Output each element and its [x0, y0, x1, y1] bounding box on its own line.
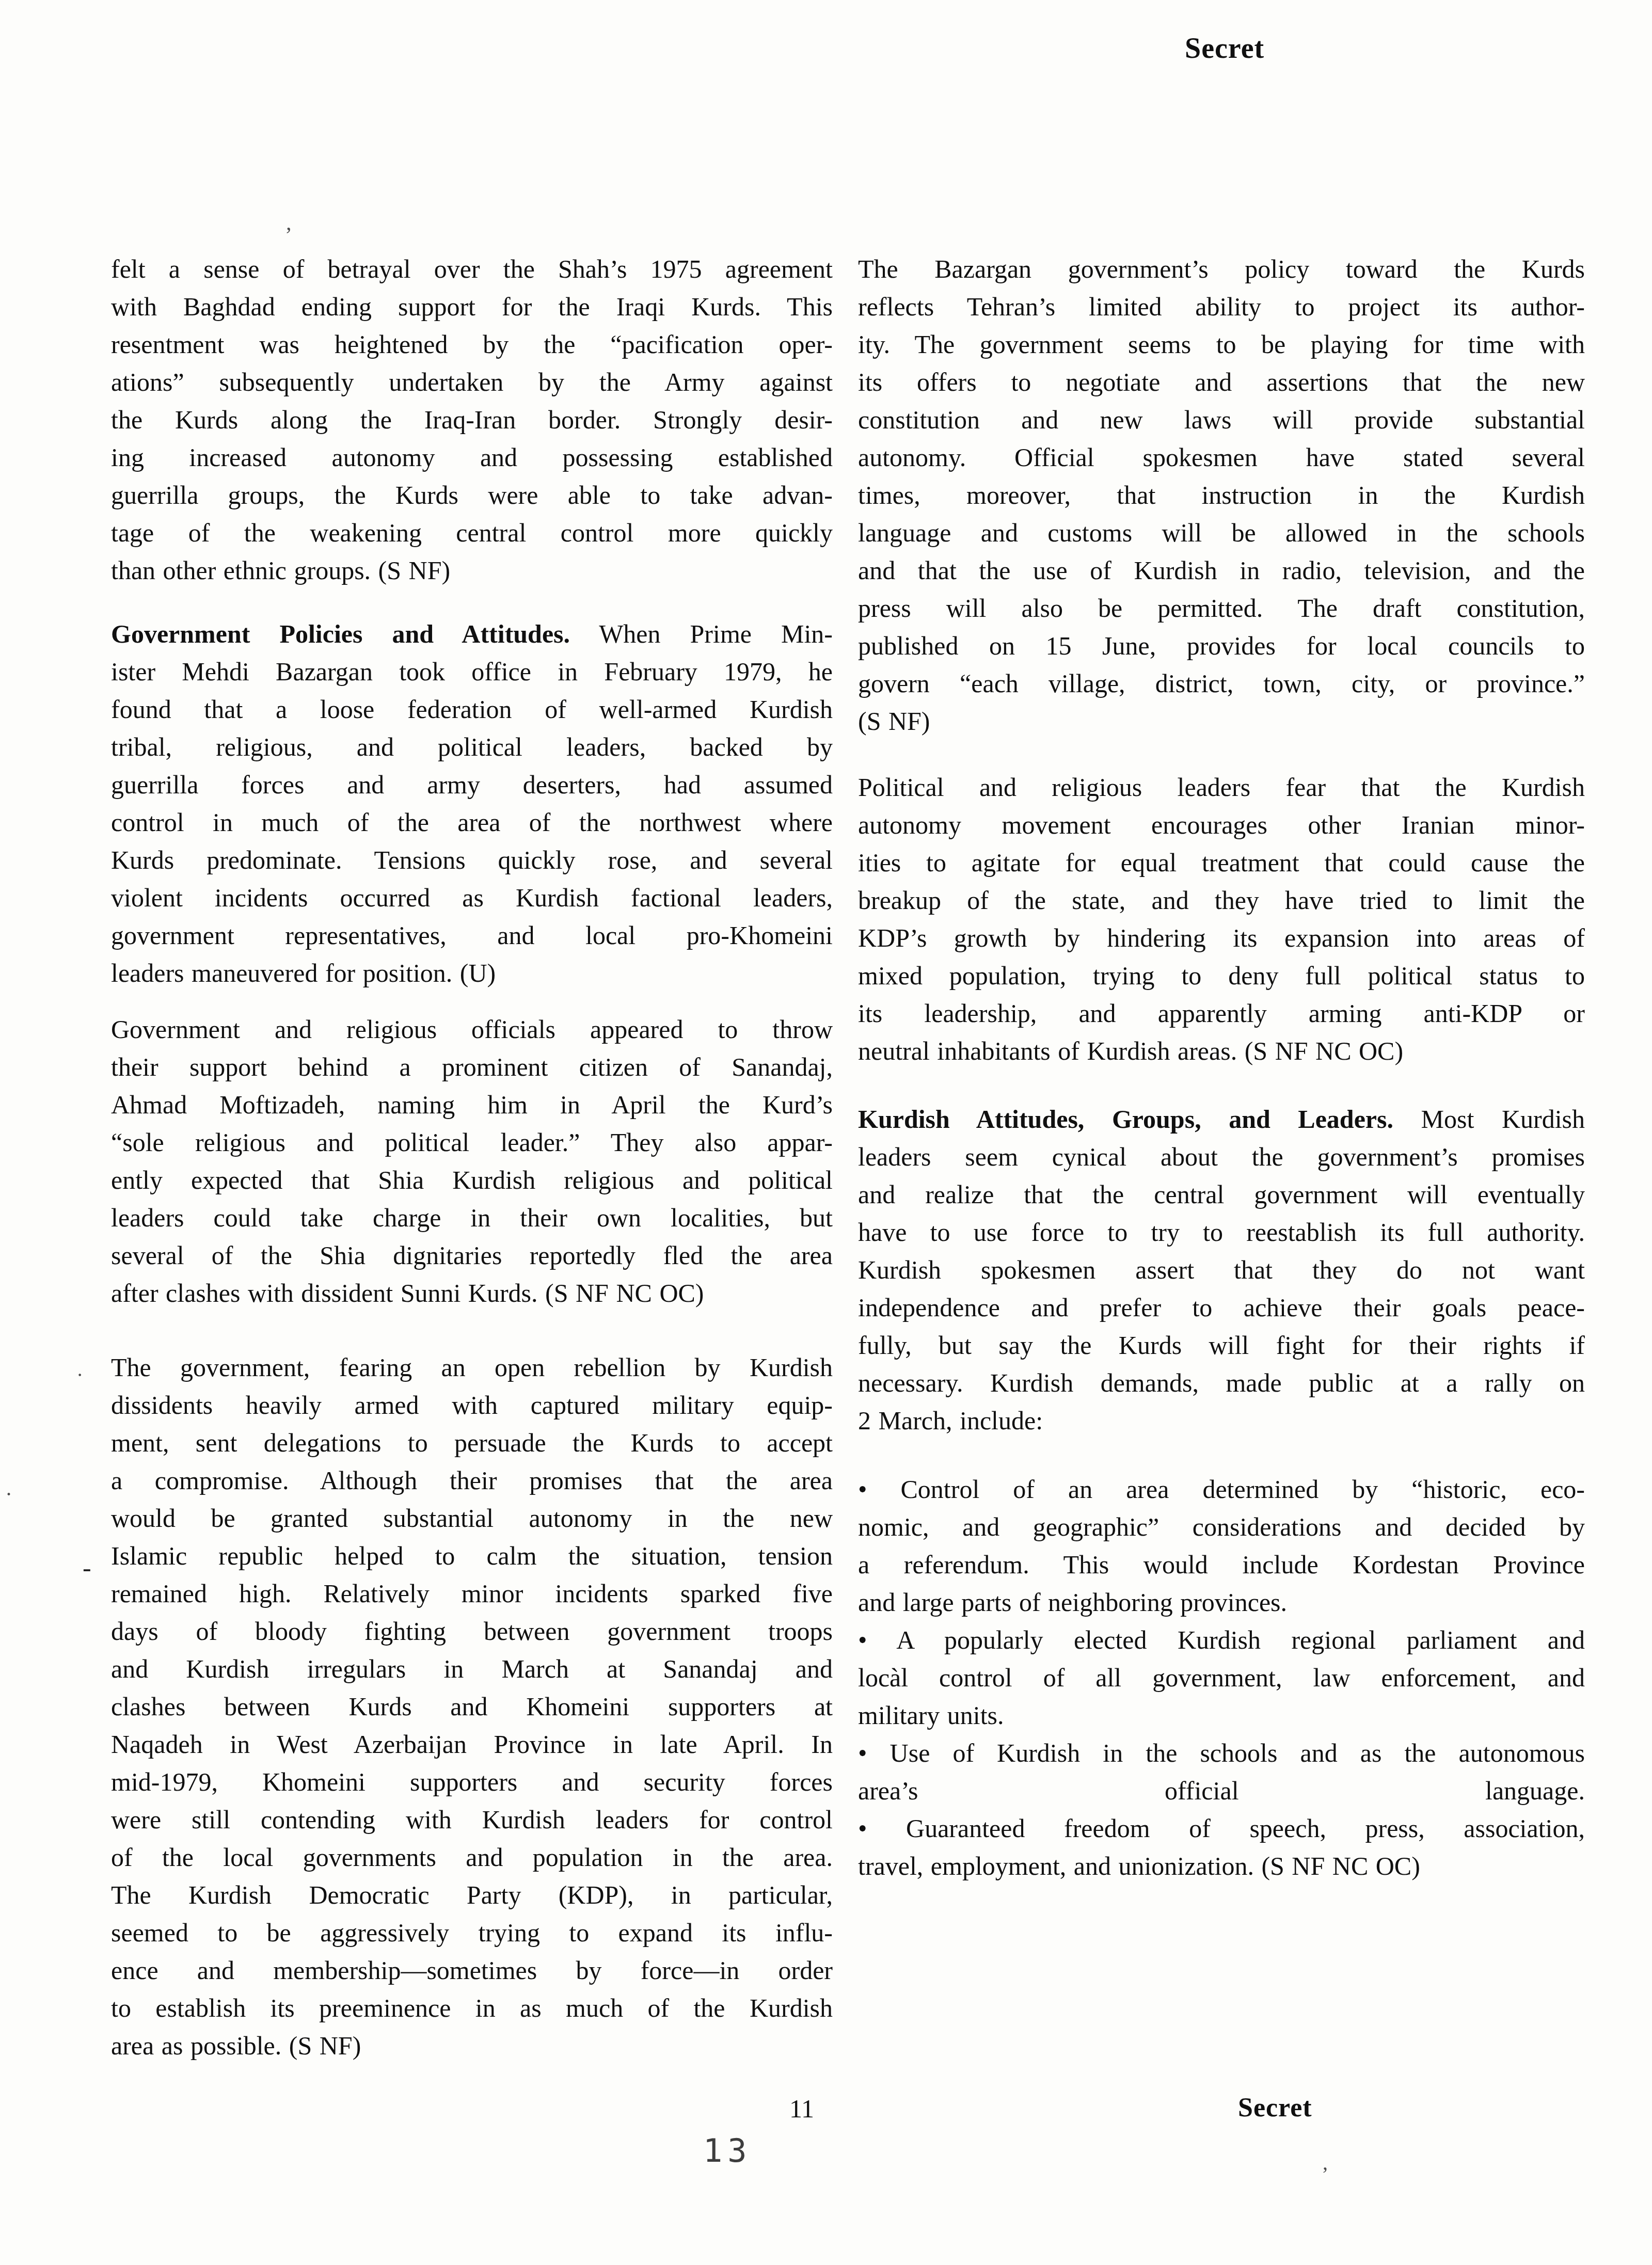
paragraph-run-in-heading: Kurdish Attitudes, Groups, and Leaders. — [858, 1105, 1393, 1134]
text-line: neutral inhabitants of Kurdish areas. (S… — [858, 1032, 1585, 1070]
text-line: the Kurds along the Iraq-Iran border. St… — [111, 401, 833, 439]
text-line: autonomy movement encourages other Irani… — [858, 806, 1585, 844]
text-line: guerrilla groups, the Kurds were able to… — [111, 476, 833, 514]
text-line: resentment was heightened by the “pacifi… — [111, 326, 833, 363]
text-line: mid-1979, Khomeini supporters and securi… — [111, 1763, 833, 1801]
text-line: tribal, religious, and political leaders… — [111, 728, 833, 766]
text-line: area as possible. (S NF) — [111, 2027, 833, 2065]
scan-artifact-speck: ’ — [1322, 2162, 1328, 2186]
text-line: govern “each village, district, town, ci… — [858, 665, 1585, 703]
text-line: autonomy. Official spokesmen have stated… — [858, 439, 1585, 476]
paragraph: Government and religious officials appea… — [111, 1011, 833, 1312]
text-line: press will also be permitted. The draft … — [858, 589, 1585, 627]
text-line: after clashes with dissident Sunni Kurds… — [111, 1274, 833, 1312]
text-line: dissidents heavily armed with captured m… — [111, 1386, 833, 1424]
text-line: fully, but say the Kurds will fight for … — [858, 1327, 1585, 1364]
text-line: found that a loose federation of well-ar… — [111, 691, 833, 728]
text-line: ing increased autonomy and possessing es… — [111, 439, 833, 476]
text-line: • Control of an area determined by “hist… — [858, 1471, 1585, 1508]
text-line: Government Policies and Attitudes. When … — [111, 615, 833, 653]
text-line: area’s official language. — [858, 1772, 1585, 1810]
text-line: Ahmad Moftizadeh, naming him in April th… — [111, 1086, 833, 1124]
text-line: (S NF) — [858, 703, 1585, 740]
text-line: reflects Tehran’s limited ability to pro… — [858, 288, 1585, 326]
header-classification-marking: Secret — [1185, 32, 1264, 65]
text-line: have to use force to try to reestablish … — [858, 1214, 1585, 1251]
text-line: ister Mehdi Bazargan took office in Febr… — [111, 653, 833, 691]
paragraph: felt a sense of betrayal over the Shah’s… — [111, 250, 833, 589]
footer-page-number: 11 — [779, 2094, 825, 2124]
text-line: published on 15 June, provides for local… — [858, 627, 1585, 665]
text-line: KDP’s growth by hindering its expansion … — [858, 919, 1585, 957]
text-line: necessary. Kurdish demands, made public … — [858, 1364, 1585, 1402]
text-line: ment, sent delegations to persuade the K… — [111, 1424, 833, 1462]
text-line: clashes between Kurds and Khomeini suppo… — [111, 1688, 833, 1726]
text-line: 2 March, include: — [858, 1402, 1585, 1440]
text-line: of the local governments and population … — [111, 1839, 833, 1876]
right-text-column: The Bazargan government’s policy toward … — [858, 250, 1585, 1885]
text-line: Naqadeh in West Azerbaijan Province in l… — [111, 1726, 833, 1763]
text-line: its leadership, and apparently arming an… — [858, 995, 1585, 1032]
text-line: its offers to negotiate and assertions t… — [858, 363, 1585, 401]
text-line: to establish its preeminence in as much … — [111, 1989, 833, 2027]
text-line: times, moreover, that instruction in the… — [858, 476, 1585, 514]
text-line: tage of the weakening central control mo… — [111, 514, 833, 552]
text-line: Political and religious leaders fear tha… — [858, 769, 1585, 806]
paragraph: Kurdish Attitudes, Groups, and Leaders. … — [858, 1100, 1585, 1440]
scan-artifact-margin-dash: - — [83, 1553, 91, 1583]
footer-classification-marking: Secret — [1238, 2093, 1312, 2123]
text-line: independence and prefer to achieve their… — [858, 1289, 1585, 1327]
text-line: “sole religious and political leader.” T… — [111, 1124, 833, 1161]
text-line: ence and membership—sometimes by force—i… — [111, 1952, 833, 1989]
text-line: ity. The government seems to be playing … — [858, 326, 1585, 363]
text-line: several of the Shia dignitaries reported… — [111, 1237, 833, 1274]
text-line: ations” subsequently undertaken by the A… — [111, 363, 833, 401]
text-line: government representatives, and local pr… — [111, 917, 833, 954]
text-line: leaders maneuvered for position. (U) — [111, 954, 833, 992]
text-line: control in much of the area of the north… — [111, 804, 833, 841]
text-line: and that the use of Kurdish in radio, te… — [858, 552, 1585, 589]
text-line: • A popularly elected Kurdish regional p… — [858, 1621, 1585, 1659]
paragraph: Political and religious leaders fear tha… — [858, 769, 1585, 1070]
bullet-paragraph: • Control of an area determined by “hist… — [858, 1471, 1585, 1621]
text-line: Kurds predominate. Tensions quickly rose… — [111, 841, 833, 879]
scanned-document-page: Secret felt a sense of betrayal over the… — [0, 0, 1652, 2265]
text-line: language and customs will be allowed in … — [858, 514, 1585, 552]
text-line: Islamic republic helped to calm the situ… — [111, 1537, 833, 1575]
text-line: leaders seem cynical about the governmen… — [858, 1138, 1585, 1176]
text-line: ently expected that Shia Kurdish religio… — [111, 1161, 833, 1199]
text-line: seemed to be aggressively trying to expa… — [111, 1914, 833, 1952]
text-line: ities to agitate for equal treatment tha… — [858, 844, 1585, 882]
text-line: felt a sense of betrayal over the Shah’s… — [111, 250, 833, 288]
text-line: and large parts of neighboring provinces… — [858, 1584, 1585, 1621]
text-line: violent incidents occurred as Kurdish fa… — [111, 879, 833, 917]
paragraph: Government Policies and Attitudes. When … — [111, 615, 833, 992]
text-line: their support behind a prominent citizen… — [111, 1048, 833, 1086]
text-line: The Kurdish Democratic Party (KDP), in p… — [111, 1876, 833, 1914]
text-line: travel, employment, and unionization. (S… — [858, 1847, 1585, 1885]
paragraph: The Bazargan government’s policy toward … — [858, 250, 1585, 740]
text-line: breakup of the state, and they have trie… — [858, 882, 1585, 919]
text-line: remained high. Relatively minor incident… — [111, 1575, 833, 1613]
left-text-column: felt a sense of betrayal over the Shah’s… — [111, 250, 833, 2065]
text-line: a compromise. Although their promises th… — [111, 1462, 833, 1500]
text-line: Government and religious officials appea… — [111, 1011, 833, 1048]
text-line: would be granted substantial autonomy in… — [111, 1500, 833, 1537]
text-line: constitution and new laws will provide s… — [858, 401, 1585, 439]
text-line: guerrilla forces and army deserters, had… — [111, 766, 833, 804]
text-line: mixed population, trying to deny full po… — [858, 957, 1585, 995]
text-line: and Kurdish irregulars in March at Sanan… — [111, 1650, 833, 1688]
text-line: military units. — [858, 1697, 1585, 1734]
text-line: Kurdish Attitudes, Groups, and Leaders. … — [858, 1100, 1585, 1138]
text-line: leaders could take charge in their own l… — [111, 1199, 833, 1237]
text-line: • Use of Kurdish in the schools and as t… — [858, 1734, 1585, 1772]
text-line: days of bloody fighting between governme… — [111, 1613, 833, 1650]
text-line: and realize that the central government … — [858, 1176, 1585, 1214]
scan-artifact-speck: ’ — [285, 223, 292, 248]
bullet-paragraph: • Use of Kurdish in the schools and as t… — [858, 1734, 1585, 1885]
text-line: Kurdish spokesmen assert that they do no… — [858, 1251, 1585, 1289]
text-line: nomic, and geographic” considerations an… — [858, 1508, 1585, 1546]
text-line: The government, fearing an open rebellio… — [111, 1349, 833, 1386]
paragraph: The government, fearing an open rebellio… — [111, 1349, 833, 2065]
text-line: than other ethnic groups. (S NF) — [111, 552, 833, 589]
scan-artifact-speck: · — [5, 1482, 12, 1507]
text-line: locàl control of all government, law enf… — [858, 1659, 1585, 1697]
text-line: • Guaranteed freedom of speech, press, a… — [858, 1810, 1585, 1847]
text-line: with Baghdad ending support for the Iraq… — [111, 288, 833, 326]
text-line: were still contending with Kurdish leade… — [111, 1801, 833, 1839]
text-line: a referendum. This would include Kordest… — [858, 1546, 1585, 1584]
text-line: The Bazargan government’s policy toward … — [858, 250, 1585, 288]
bullet-paragraph: • A popularly elected Kurdish regional p… — [858, 1621, 1585, 1734]
paragraph-run-in-heading: Government Policies and Attitudes. — [111, 619, 570, 648]
scan-artifact-speck: · — [76, 1363, 83, 1387]
stamped-page-number: 13 — [703, 2132, 752, 2170]
